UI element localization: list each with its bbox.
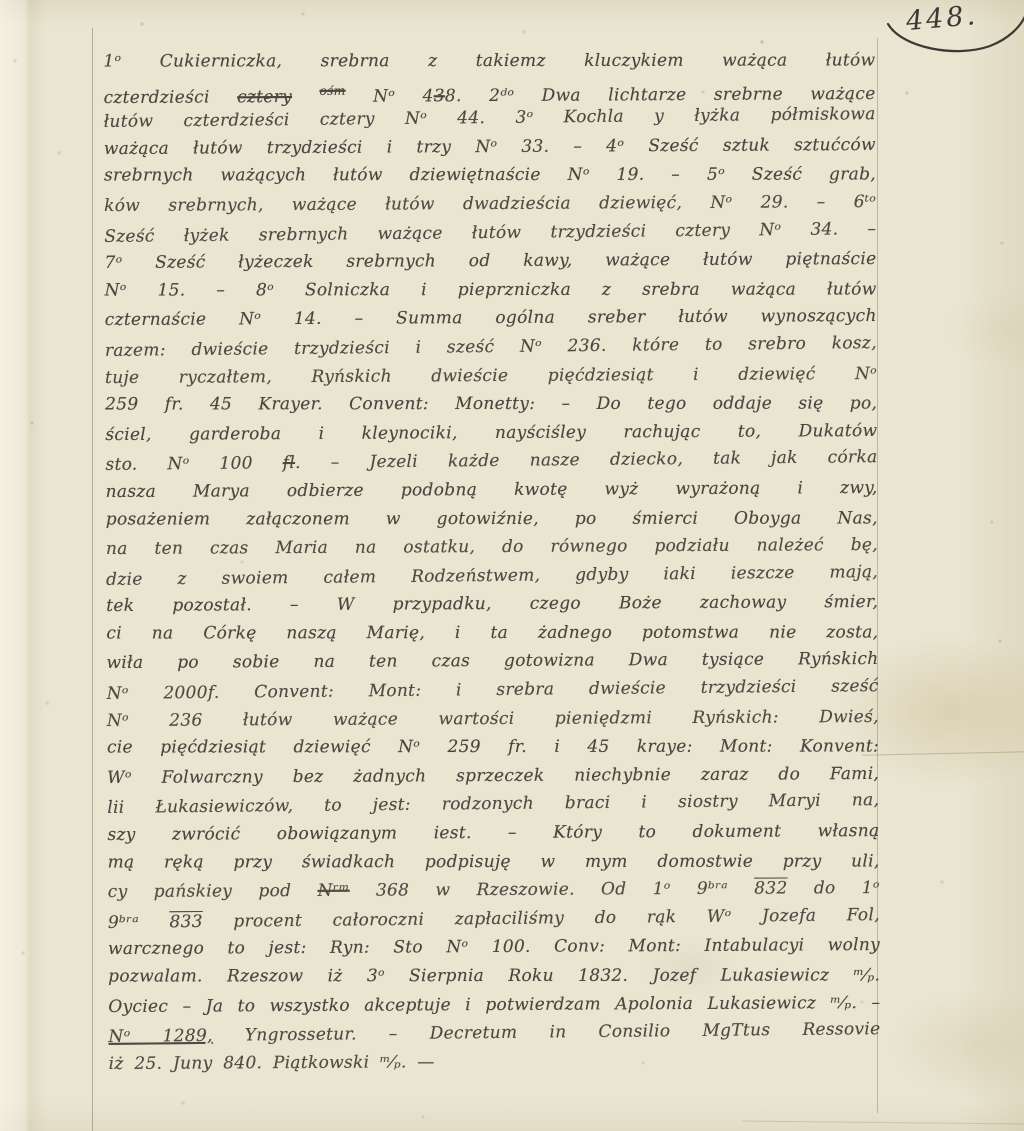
manuscript-line: cie pięćdziesiąt dziewięć Nᵒ 259 fr. i 4…: [107, 733, 879, 763]
manuscript-text-segment: razem: dwieście trzydzieści i sześć Nᵒ 2…: [105, 333, 877, 361]
manuscript-text-segment: warcznego to jest: Ryn: Sto Nᵒ 100. Conv…: [108, 935, 880, 959]
manuscript-text-segment: posażeniem załączonem w gotowiźnie, po ś…: [106, 508, 878, 529]
manuscript-line: mą ręką przy świadkach podpisuję w mym d…: [108, 847, 880, 877]
left-margin-rule: [92, 28, 93, 1131]
manuscript-text-segment: Sześć łyżek srebrnych ważące łutów trzyd…: [104, 219, 876, 247]
manuscript-text-segment: tuje ryczałtem, Ryńskich dwieście pięćdz…: [105, 364, 877, 388]
manuscript-text-segment: pozwalam. Rzeszow iż 3ᵒ Sierpnia Roku 18…: [108, 965, 880, 986]
manuscript-text-segment: [292, 86, 320, 106]
manuscript-line: ci na Córkę naszą Marię, i ta żadnego po…: [106, 618, 878, 648]
manuscript-text-segment: ośm: [319, 83, 345, 97]
manuscript-text-segment: . – Jezeli każde nasze dziecko, tak jak …: [295, 447, 878, 473]
manuscript-text-segment: Nᵒ 4: [346, 86, 434, 106]
manuscript-text-segment: dzie z swoiem całem Rodzeństwem, gdyby i…: [106, 562, 878, 590]
manuscript-text-segment: cie pięćdziesiąt dziewięć Nᵒ 259 fr. i 4…: [107, 737, 879, 758]
manuscript-line: nasza Marya odbierze podobną kwotę wyż w…: [106, 474, 878, 507]
manuscript-text-segment: ściel, garderoba i kleynociki, nayściśle…: [105, 421, 877, 445]
manuscript-line: Nᵒ 15. – 8ᵒ Solniczka i pieprzniczka z s…: [105, 275, 877, 305]
manuscript-line: tuje ryczałtem, Ryńskich dwieście pięćdz…: [105, 360, 877, 393]
manuscript-text-segment: ków srebrnych, ważące łutów dwadzieścia …: [104, 192, 876, 216]
manuscript-text-segment: srebrnych ważących łutów dziewiętnaście …: [104, 165, 876, 186]
manuscript-text-segment: cy pańskiey pod: [108, 881, 318, 902]
manuscript-text-segment: mą ręką przy świadkach podpisuję w mym d…: [108, 851, 880, 872]
manuscript-text-segment: Yngrossetur. – Decretum in Consilio MgTt…: [213, 1019, 881, 1046]
manuscript-text-segment: Nʳᵐ: [318, 881, 350, 901]
manuscript-text-segment: nasza Marya odbierze podobną kwotę wyż w…: [106, 478, 878, 502]
manuscript-text-segment: fl: [283, 453, 296, 473]
manuscript-text-segment: łutów czterdzieści cztery Nᵒ 44. 3ᵒ Koch…: [104, 104, 876, 132]
manuscript-text-segment: ważąca łutów trzydzieści i trzy Nᵒ 33. –…: [104, 135, 876, 159]
paper-crease: [862, 751, 1024, 755]
manuscript-text-segment: czternaście Nᵒ 14. – Summa ogólna sreber…: [105, 306, 877, 330]
manuscript-line: iż 25. Juny 840. Piątkowski ᵐ⁄ₚ. —: [109, 1046, 881, 1079]
manuscript-text-segment: lii Łukasiewiczów, to jest: rodzonych br…: [107, 791, 879, 819]
manuscript-line: ważąca łutów trzydzieści i trzy Nᵒ 33. –…: [104, 131, 876, 164]
page-number: 448.: [884, 2, 1024, 64]
manuscript-text-segment: iż 25. Juny 840. Piątkowski ᵐ⁄ₚ. —: [109, 1052, 435, 1074]
manuscript-text-segment: 1ᵒ Cukierniczka, srebrna z takiemz klucz…: [103, 50, 875, 71]
manuscript-text-segment: Nᵒ 15. – 8ᵒ Solniczka i pieprzniczka z s…: [105, 279, 877, 300]
manuscript-text-segment: Nᵒ 236 łutów ważące wartości pieniędzmi …: [107, 707, 879, 731]
manuscript-line: posażeniem załączonem w gotowiźnie, po ś…: [106, 504, 878, 534]
manuscript-line: srebrnych ważących łutów dziewiętnaście …: [104, 161, 876, 191]
manuscript-line: szy zwrócić obowiązanym iest. – Który to…: [107, 817, 879, 850]
manuscript-text-segment: cztery: [237, 87, 292, 107]
manuscript-text-segment: Wᵒ Folwarczny bez żadnych sprzeczek niec…: [107, 764, 879, 788]
manuscript-line: Nᵒ 236 łutów ważące wartości pieniędzmi …: [107, 703, 879, 736]
manuscript-text-segment: szy zwrócić obowiązanym iest. – Który to…: [107, 821, 879, 845]
manuscript-line: 1ᵒ Cukierniczka, srebrna z takiemz klucz…: [103, 46, 875, 76]
manuscript-text-segment: sto. Nᵒ 100: [105, 453, 282, 475]
manuscript-text-segment: 9ᵇʳᵃ: [108, 912, 170, 933]
manuscript-text-segment: ci na Córkę naszą Marię, i ta żadnego po…: [106, 622, 878, 643]
manuscript-text-segment: 3: [434, 86, 445, 106]
manuscript-text-segment: procent całoroczni zapłaciliśmy do rąk W…: [203, 905, 880, 932]
page-number-text: 448.: [905, 1, 979, 37]
manuscript-text-segment: 259 fr. 45 Krayer. Convent: Monetty: – D…: [105, 394, 877, 415]
paper-crease: [742, 1121, 1024, 1125]
manuscript-text-segment: czterdzieści: [104, 87, 238, 108]
manuscript-text-block: 1ᵒ Cukierniczka, srebrna z takiemz klucz…: [103, 45, 880, 1078]
manuscript-text-segment: Nᵒ 1289,: [108, 1026, 212, 1047]
manuscript-text-segment: 7ᵒ Sześć łyżeczek srebrnych od kawy, waż…: [104, 249, 876, 273]
document-page: 448. 1ᵒ Cukierniczka, srebrna z takiemz …: [0, 0, 1024, 1131]
manuscript-text-segment: na ten czas Maria na ostatku, do równego…: [106, 535, 878, 559]
manuscript-text-segment: tek pozostał. – W przypadku, czego Boże …: [106, 592, 878, 616]
manuscript-text-segment: do 1ᵒ: [788, 878, 880, 898]
manuscript-text-segment: 833: [169, 912, 203, 932]
manuscript-text-segment: Oyciec – Ja to wszystko akceptuje i potw…: [108, 993, 880, 1017]
manuscript-line: pozwalam. Rzeszow iż 3ᵒ Sierpnia Roku 18…: [108, 961, 880, 991]
manuscript-text-segment: wiła po sobie na ten czas gotowizna Dwa …: [106, 649, 878, 673]
manuscript-text-segment: Nᵒ 2000f. Convent: Mont: i srebra dwieśc…: [107, 676, 879, 704]
manuscript-line: 259 fr. 45 Krayer. Convent: Monetty: – D…: [105, 390, 877, 420]
paper-specks: [0, 0, 2, 2]
manuscript-text-segment: 368 w Rzeszowie. Od 1ᵒ 9ᵇʳᵃ: [350, 879, 755, 901]
manuscript-text-segment: 832: [754, 879, 787, 899]
